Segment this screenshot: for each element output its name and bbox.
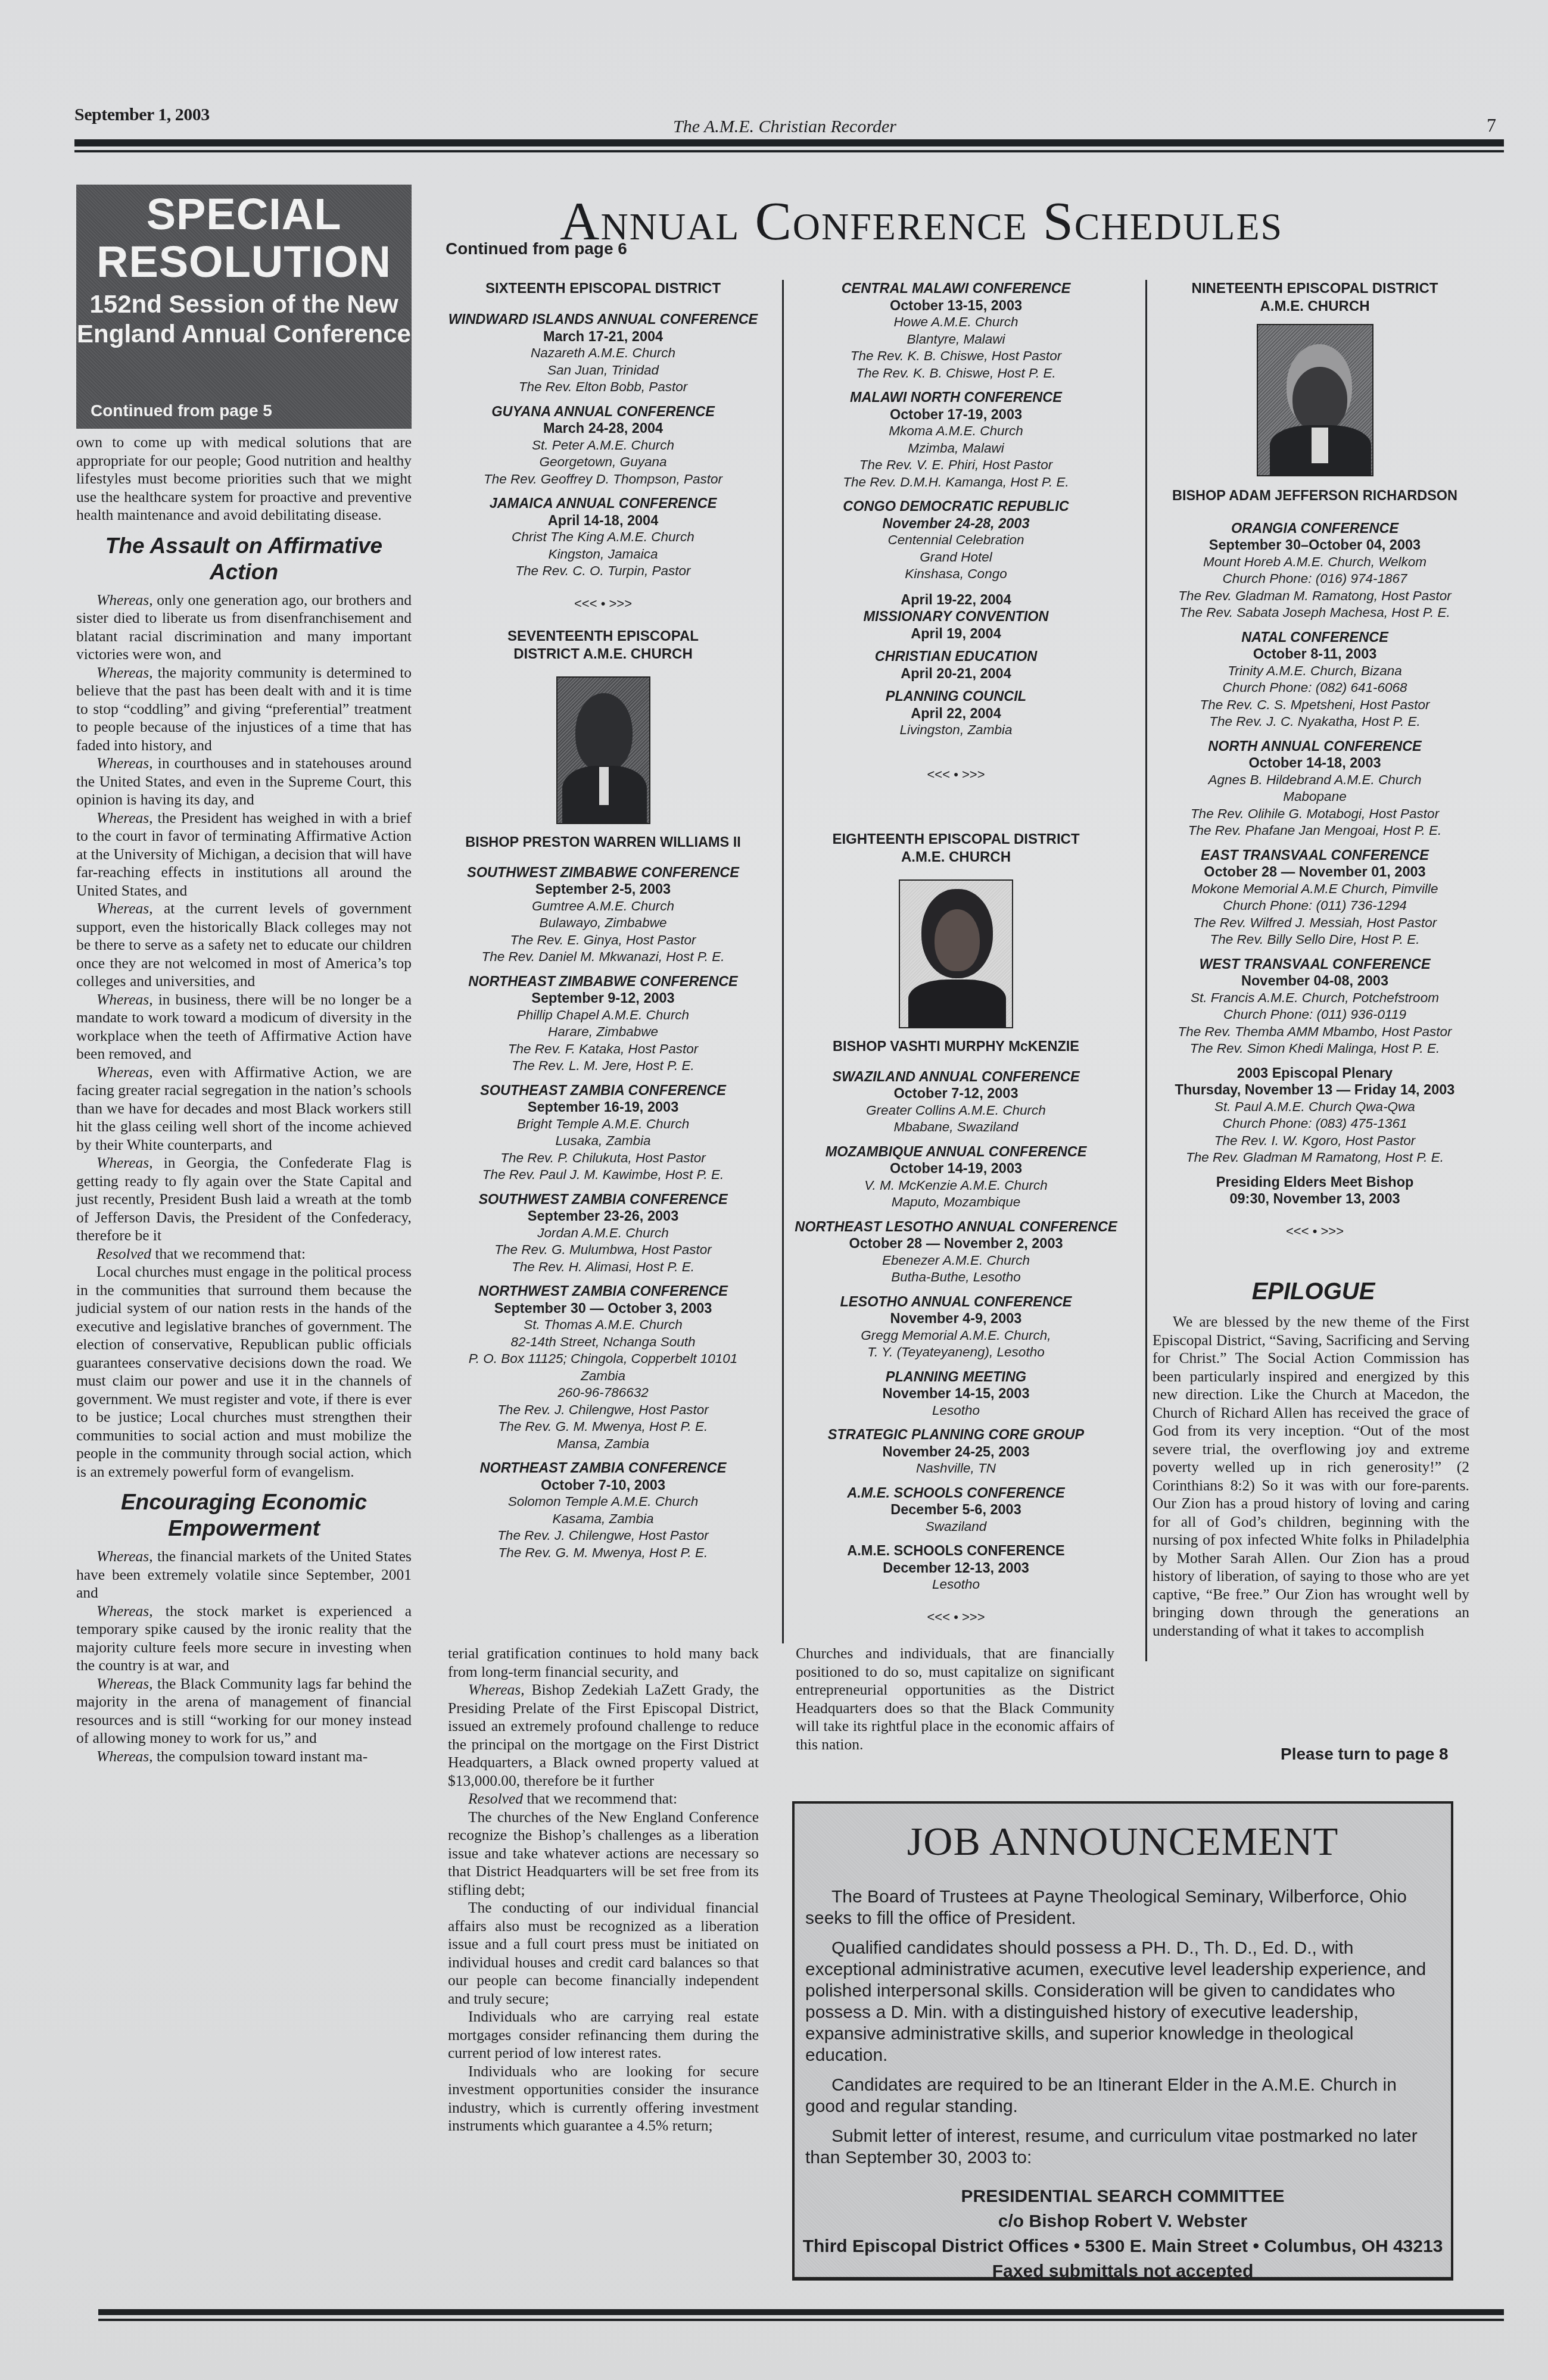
- article-paragraph: Whereas, only one generation ago, our br…: [76, 591, 412, 664]
- conference-detail: The Rev. Simon Khedi Malinga, Host P. E.: [1153, 1040, 1477, 1058]
- conference-detail: Church Phone: (082) 641-6068: [1153, 679, 1477, 697]
- conference-name: NORTHEAST ZAMBIA CONFERENCE: [441, 1459, 765, 1477]
- conference-detail: The Rev. C. O. Turpin, Pastor: [441, 563, 765, 580]
- conference-detail: Georgetown, Guyana: [441, 454, 765, 471]
- conference-date: March 17-21, 2004: [441, 328, 765, 345]
- conference-detail: Howe A.M.E. Church: [789, 314, 1123, 331]
- conference-name: NORTH ANNUAL CONFERENCE: [1153, 738, 1477, 755]
- conference-name: WINDWARD ISLANDS ANNUAL CONFERENCE: [441, 311, 765, 328]
- conference-entry: SOUTHEAST ZAMBIA CONFERENCESeptember 16-…: [441, 1082, 765, 1184]
- conference-detail: The Rev. H. Alimasi, Host P. E.: [441, 1259, 765, 1276]
- article-paragraph: Individuals who are carrying real estate…: [448, 2008, 759, 2063]
- conference-detail: Trinity A.M.E. Church, Bizana: [1153, 663, 1477, 680]
- conference-list: WINDWARD ISLANDS ANNUAL CONFERENCEMarch …: [441, 311, 765, 580]
- conference-name: LESOTHO ANNUAL CONFERENCE: [789, 1293, 1123, 1311]
- conference-date: 09:30, November 13, 2003: [1153, 1190, 1477, 1208]
- conference-entry: NORTH ANNUAL CONFERENCEOctober 14-18, 20…: [1153, 738, 1477, 840]
- conference-detail: Mkoma A.M.E. Church: [789, 423, 1123, 440]
- conference-detail: The Rev. Geoffrey D. Thompson, Pastor: [441, 471, 765, 488]
- conference-entry: NORTHEAST ZAMBIA CONFERENCEOctober 7-10,…: [441, 1459, 765, 1561]
- conference-detail: Bulawayo, Zimbabwe: [441, 915, 765, 932]
- job-contact-block: PRESIDENTIAL SEARCH COMMITTEE c/o Bishop…: [795, 2184, 1451, 2284]
- banner-line-1: SPECIAL: [76, 191, 412, 238]
- conference-date: September 16-19, 2003: [441, 1099, 765, 1116]
- conference-date: March 24-28, 2004: [441, 420, 765, 437]
- paragraph-lead-word: Resolved: [96, 1245, 151, 1262]
- conference-name: SOUTHEAST ZAMBIA CONFERENCE: [441, 1082, 765, 1099]
- conference-entry: SOUTHWEST ZIMBABWE CONFERENCESeptember 2…: [441, 864, 765, 966]
- conference-entry: ORANGIA CONFERENCESeptember 30–October 0…: [1153, 520, 1477, 622]
- conference-detail: Mokone Memorial A.M.E Church, Pimville: [1153, 881, 1477, 898]
- conference-detail: P. O. Box 11125; Chingola, Copperbelt 10…: [441, 1350, 765, 1368]
- district-heading: EIGHTEENTH EPISCOPAL DISTRICT A.M.E. CHU…: [789, 831, 1123, 866]
- epilogue-text: We are blessed by the new theme of the F…: [1153, 1313, 1469, 1640]
- banner-subtitle: 152nd Session of the New England Annual …: [76, 289, 412, 349]
- conference-detail: T. Y. (Teyateyaneng), Lesotho: [789, 1344, 1123, 1361]
- conference-entry: CENTRAL MALAWI CONFERENCEOctober 13-15, …: [789, 280, 1123, 382]
- conference-date: September 30 — October 3, 2003: [441, 1300, 765, 1317]
- paragraph-lead-word: Whereas,: [96, 900, 153, 917]
- article-paragraph: Whereas, the majority community is deter…: [76, 664, 412, 755]
- conference-detail: The Rev. Gladman M Ramatong, Host P. E.: [1153, 1149, 1477, 1166]
- paragraph-lead-word: Whereas,: [468, 1681, 525, 1698]
- conference-detail: Kinshasa, Congo: [789, 566, 1123, 583]
- conference-detail: Blantyre, Malawi: [789, 331, 1123, 348]
- district-heading: SEVENTEENTH EPISCOPAL DISTRICT A.M.E. CH…: [441, 628, 765, 663]
- job-announcement-title: JOB ANNOUNCEMENT: [795, 1818, 1451, 1865]
- conference-detail: Jordan A.M.E. Church: [441, 1225, 765, 1242]
- conference-detail: Church Phone: (011) 736-1294: [1153, 897, 1477, 915]
- conference-entry: NORTHEAST LESOTHO ANNUAL CONFERENCEOctob…: [789, 1218, 1123, 1286]
- conference-date: April 14-18, 2004: [441, 512, 765, 529]
- article-paragraph: Whereas, the financial markets of the Un…: [76, 1548, 412, 1602]
- conference-detail: Mount Horeb A.M.E. Church, Welkom: [1153, 554, 1477, 571]
- article-paragraph: The churches of the New England Conferen…: [448, 1808, 759, 1899]
- article-paragraph: Local churches must engage in the politi…: [76, 1263, 412, 1481]
- article-paragraph: Individuals who are looking for secure i…: [448, 2063, 759, 2135]
- newspaper-page: September 1, 2003 The A.M.E. Christian R…: [0, 0, 1548, 2380]
- bishop-name: BISHOP PRESTON WARREN WILLIAMS II: [441, 834, 765, 851]
- district-heading: SIXTEENTH EPISCOPAL DISTRICT: [441, 280, 765, 298]
- conference-date: November 14-15, 2003: [789, 1385, 1123, 1402]
- conference-date: October 7-12, 2003: [789, 1085, 1123, 1102]
- conference-date: October 14-18, 2003: [1153, 754, 1477, 772]
- conference-date: September 9-12, 2003: [441, 990, 765, 1007]
- conference-list: SWAZILAND ANNUAL CONFERENCEOctober 7-12,…: [789, 1068, 1123, 1593]
- bishop-portrait-photo: [556, 676, 650, 824]
- conference-date: November 24-25, 2003: [789, 1443, 1123, 1461]
- page-title: Annual Conference Schedules: [560, 189, 1283, 252]
- conference-list: ORANGIA CONFERENCESeptember 30–October 0…: [1153, 520, 1477, 1208]
- conference-name: EAST TRANSVAAL CONFERENCE: [1153, 847, 1477, 864]
- column-divider: [782, 280, 784, 1643]
- conference-entry: A.M.E. SCHOOLS CONFERENCEDecember 5-6, 2…: [789, 1484, 1123, 1536]
- conference-detail: Lesotho: [789, 1576, 1123, 1593]
- conference-date: October 8-11, 2003: [1153, 645, 1477, 663]
- conference-name: JAMAICA ANNUAL CONFERENCE: [441, 495, 765, 512]
- conference-detail: The Rev. G. M. Mwenya, Host P. E.: [441, 1545, 765, 1562]
- bishop-portrait-photo: [899, 879, 1013, 1028]
- conference-detail: The Rev. Elton Bobb, Pastor: [441, 379, 765, 396]
- conference-detail: The Rev. Sabata Joseph Machesa, Host P. …: [1153, 604, 1477, 622]
- conference-detail: Centennial Celebration: [789, 532, 1123, 549]
- conference-date: November 04-08, 2003: [1153, 972, 1477, 990]
- conference-detail: Bright Temple A.M.E. Church: [441, 1116, 765, 1133]
- conference-name: A.M.E. SCHOOLS CONFERENCE: [789, 1542, 1123, 1559]
- job-paragraph: Candidates are required to be an Itinera…: [805, 2075, 1440, 2117]
- article-paragraph: Whereas, the compulsion toward instant m…: [76, 1748, 412, 1766]
- conference-name: Presiding Elders Meet Bishop: [1153, 1174, 1477, 1191]
- conference-detail: Church Phone: (011) 936-0119: [1153, 1006, 1477, 1024]
- conference-name: ORANGIA CONFERENCE: [1153, 520, 1477, 537]
- article-paragraph: Whereas, in Georgia, the Confederate Fla…: [76, 1154, 412, 1245]
- care-of-line: c/o Bishop Robert V. Webster: [795, 2209, 1451, 2234]
- conference-detail: The Rev. Billy Sello Dire, Host P. E.: [1153, 931, 1477, 949]
- bishop-name: BISHOP ADAM JEFFERSON RICHARDSON: [1153, 487, 1477, 504]
- conference-detail: The Rev. P. Chilukuta, Host Pastor: [441, 1150, 765, 1167]
- conference-detail: St. Paul A.M.E. Church Qwa-Qwa: [1153, 1099, 1477, 1116]
- conference-entry: CONGO DEMOCRATIC REPUBLICNovember 24-28,…: [789, 498, 1123, 583]
- conference-name: SOUTHWEST ZAMBIA CONFERENCE: [441, 1191, 765, 1208]
- article-paragraph: terial gratification continues to hold m…: [448, 1645, 759, 1681]
- conference-entry: LESOTHO ANNUAL CONFERENCENovember 4-9, 2…: [789, 1293, 1123, 1361]
- conference-date: Thursday, November 13 — Friday 14, 2003: [1153, 1081, 1477, 1099]
- conference-detail: The Rev. J. C. Nyakatha, Host P. E.: [1153, 713, 1477, 731]
- conference-name: CENTRAL MALAWI CONFERENCE: [789, 280, 1123, 297]
- special-resolution-banner: SPECIAL RESOLUTION 152nd Session of the …: [76, 185, 412, 429]
- conference-name: GUYANA ANNUAL CONFERENCE: [441, 403, 765, 420]
- conference-date: October 28 — November 2, 2003: [789, 1235, 1123, 1252]
- section-separator: <<< • >>>: [789, 1609, 1123, 1626]
- article-paragraph: Whereas, the stock market is experienced…: [76, 1602, 412, 1675]
- conference-detail: San Juan, Trinidad: [441, 362, 765, 379]
- conference-date: December 12-13, 2003: [789, 1559, 1123, 1577]
- conference-detail: The Rev. Olihile G. Motabogi, Host Pasto…: [1153, 806, 1477, 823]
- conference-detail: Solomon Temple A.M.E. Church: [441, 1493, 765, 1511]
- conference-detail: 260-96-786632: [441, 1384, 765, 1402]
- conference-detail: Gumtree A.M.E. Church: [441, 898, 765, 915]
- conference-date: September 30–October 04, 2003: [1153, 536, 1477, 554]
- resolution-article-column: own to come up with medical solutions th…: [76, 433, 412, 1765]
- section-separator: <<< • >>>: [441, 595, 765, 613]
- conference-name: A.M.E. SCHOOLS CONFERENCE: [789, 1484, 1123, 1502]
- conference-entry: A.M.E. SCHOOLS CONFERENCEDecember 12-13,…: [789, 1542, 1123, 1593]
- banner-line-2: RESOLUTION: [76, 238, 412, 286]
- conference-date: September 2-5, 2003: [441, 881, 765, 898]
- conference-entry: WINDWARD ISLANDS ANNUAL CONFERENCEMarch …: [441, 311, 765, 396]
- conference-entry: NATAL CONFERENCEOctober 8-11, 2003Trinit…: [1153, 629, 1477, 731]
- bishop-name: BISHOP VASHTI MURPHY McKENZIE: [789, 1038, 1123, 1055]
- article-paragraph: Resolved that we recommend that:: [76, 1245, 412, 1264]
- conference-name: MALAWI NORTH CONFERENCE: [789, 389, 1123, 406]
- masthead-rule: [74, 139, 1504, 146]
- conference-list: SOUTHWEST ZIMBABWE CONFERENCESeptember 2…: [441, 864, 765, 1562]
- section-economic-empowerment: Whereas, the financial markets of the Un…: [76, 1548, 412, 1765]
- paragraph-lead-word: Whereas,: [96, 991, 153, 1008]
- conference-detail: Gregg Memorial A.M.E. Church,: [789, 1327, 1123, 1345]
- page-number: 7: [1487, 114, 1496, 136]
- paragraph-lead-word: Whereas,: [96, 809, 153, 826]
- paragraph-lead-word: Whereas,: [96, 1063, 153, 1081]
- article-paragraph: Whereas, even with Affirmative Action, w…: [76, 1063, 412, 1155]
- conference-detail: Lesotho: [789, 1402, 1123, 1420]
- conference-detail: Kasama, Zambia: [441, 1511, 765, 1528]
- conference-entry: PLANNING MEETINGNovember 14-15, 2003Leso…: [789, 1368, 1123, 1420]
- continued-from-label: Continued from page 6: [446, 239, 627, 258]
- footer-rule: [98, 2309, 1504, 2315]
- conference-detail: Butha-Buthe, Lesotho: [789, 1269, 1123, 1286]
- conference-detail: Grand Hotel: [789, 549, 1123, 566]
- conference-detail: Church Phone: (016) 974-1867: [1153, 570, 1477, 588]
- conference-name: PLANNING MEETING: [789, 1368, 1123, 1386]
- conference-detail: The Rev. V. E. Phiri, Host Pastor: [789, 457, 1123, 474]
- conference-name: CONGO DEMOCRATIC REPUBLIC: [789, 498, 1123, 515]
- conference-name: SWAZILAND ANNUAL CONFERENCE: [789, 1068, 1123, 1085]
- conference-entry: STRATEGIC PLANNING CORE GROUPNovember 24…: [789, 1426, 1123, 1477]
- conference-detail: St. Thomas A.M.E. Church: [441, 1317, 765, 1334]
- conference-detail: The Rev. F. Kataka, Host Pastor: [441, 1041, 765, 1058]
- publication-name: The A.M.E. Christian Recorder: [673, 117, 896, 137]
- conference-entry: SWAZILAND ANNUAL CONFERENCEOctober 7-12,…: [789, 1068, 1123, 1136]
- conference-detail: Christ The King A.M.E. Church: [441, 529, 765, 546]
- article-paragraph: Whereas, Bishop Zedekiah LaZett Grady, t…: [448, 1681, 759, 1790]
- conference-date: November 24-28, 2003: [789, 515, 1123, 532]
- continued-on-link[interactable]: Please turn to page 8: [1281, 1745, 1449, 1764]
- continued-from-label: Continued from page 5: [91, 401, 272, 420]
- article-paragraph: Whereas, in business, there will be no l…: [76, 991, 412, 1063]
- conference-detail: The Rev. J. Chilengwe, Host Pastor: [441, 1402, 765, 1419]
- conference-detail: Agnes B. Hildebrand A.M.E. Church: [1153, 772, 1477, 789]
- mailing-address: Third Episcopal District Offices • 5300 …: [795, 2234, 1451, 2259]
- section-heading-affirmative-action: The Assault on Affirmative Action: [76, 533, 412, 585]
- conference-date: December 5-6, 2003: [789, 1501, 1123, 1518]
- conference-name: SOUTHWEST ZIMBABWE CONFERENCE: [441, 864, 765, 881]
- article-paragraph: The conducting of our individual financi…: [448, 1899, 759, 2008]
- conference-detail: Church Phone: (083) 475-1361: [1153, 1115, 1477, 1133]
- conference-entry: NORTHWEST ZAMBIA CONFERENCESeptember 30 …: [441, 1283, 765, 1452]
- conference-name: NORTHEAST ZIMBABWE CONFERENCE: [441, 973, 765, 990]
- conference-detail: The Rev. K. B. Chiswe, Host Pastor: [789, 348, 1123, 365]
- conference-name: NORTHEAST LESOTHO ANNUAL CONFERENCE: [789, 1218, 1123, 1236]
- conference-date: November 4-9, 2003: [789, 1310, 1123, 1327]
- conference-detail: Mzimba, Malawi: [789, 440, 1123, 457]
- column-divider: [1145, 280, 1147, 1661]
- conference-name: NORTHWEST ZAMBIA CONFERENCE: [441, 1283, 765, 1300]
- conference-entry: Presiding Elders Meet Bishop09:30, Novem…: [1153, 1174, 1477, 1208]
- conference-name: 2003 Episcopal Plenary: [1153, 1065, 1477, 1082]
- district-heading: NINETEENTH EPISCOPAL DISTRICT A.M.E. CHU…: [1153, 280, 1477, 316]
- committee-name: PRESIDENTIAL SEARCH COMMITTEE: [795, 2184, 1451, 2209]
- conference-detail: The Rev. E. Ginya, Host Pastor: [441, 932, 765, 949]
- paragraph-lead-word: Whereas,: [96, 1748, 153, 1765]
- schedule-column-4: NINETEENTH EPISCOPAL DISTRICT A.M.E. CHU…: [1153, 280, 1477, 1255]
- article-paragraph: Whereas, the President has weighed in wi…: [76, 809, 412, 900]
- conference-detail: The Rev. K. B. Chiswe, Host P. E.: [789, 365, 1123, 382]
- paragraph-lead-word: Whereas,: [96, 591, 153, 609]
- bishop-portrait-photo: [1257, 324, 1373, 476]
- section-heading-economic-empowerment: Encouraging Economic Empowerment: [76, 1489, 412, 1542]
- conference-entry: NORTHEAST ZIMBABWE CONFERENCESeptember 9…: [441, 973, 765, 1075]
- conference-entry: WEST TRANSVAAL CONFERENCENovember 04-08,…: [1153, 956, 1477, 1058]
- conference-detail: Maputo, Mozambique: [789, 1194, 1123, 1211]
- conference-detail: V. M. McKenzie A.M.E. Church: [789, 1177, 1123, 1194]
- paragraph-lead-word: Whereas,: [96, 1602, 153, 1620]
- conference-name: WEST TRANSVAAL CONFERENCE: [1153, 956, 1477, 973]
- job-paragraph: Submit letter of interest, resume, and c…: [805, 2126, 1440, 2169]
- footer-rule-thin: [98, 2319, 1504, 2321]
- conference-detail: Ebenezer A.M.E. Church: [789, 1252, 1123, 1269]
- conference-detail: Zambia: [441, 1368, 765, 1385]
- conference-entry: 2003 Episcopal PlenaryThursday, November…: [1153, 1065, 1477, 1166]
- article-paragraph: Whereas, at the current levels of govern…: [76, 900, 412, 991]
- job-paragraph: Qualified candidates should possess a PH…: [805, 1938, 1440, 2066]
- resolution-article-continuation: terial gratification continues to hold m…: [448, 1645, 759, 2135]
- article-paragraph: Whereas, the Black Community lags far be…: [76, 1675, 412, 1748]
- conference-detail: The Rev. Paul J. M. Kawimbe, Host P. E.: [441, 1166, 765, 1184]
- conference-detail: The Rev. Gladman M. Ramatong, Host Pasto…: [1153, 588, 1477, 605]
- conference-detail: Phillip Chapel A.M.E. Church: [441, 1007, 765, 1024]
- conference-detail: Lusaka, Zambia: [441, 1133, 765, 1150]
- section-separator: <<< • >>>: [789, 766, 1123, 784]
- conference-entry: JAMAICA ANNUAL CONFERENCEApril 14-18, 20…: [441, 495, 765, 580]
- conference-detail: The Rev. G. Mulumbwa, Host Pastor: [441, 1242, 765, 1259]
- conference-detail: Swaziland: [789, 1518, 1123, 1536]
- paragraph-lead-word: Resolved: [468, 1790, 523, 1807]
- paragraph-lead-word: Whereas,: [96, 1548, 153, 1565]
- section-affirmative-action: Whereas, only one generation ago, our br…: [76, 591, 412, 1481]
- conference-date: September 23-26, 2003: [441, 1208, 765, 1225]
- conference-detail: The Rev. L. M. Jere, Host P. E.: [441, 1058, 765, 1075]
- conference-entry: EAST TRANSVAAL CONFERENCEOctober 28 — No…: [1153, 847, 1477, 949]
- conference-detail: Greater Collins A.M.E. Church: [789, 1102, 1123, 1119]
- conference-detail: Nashville, TN: [789, 1460, 1123, 1477]
- conference-detail: The Rev. Wilfred J. Messiah, Host Pastor: [1153, 915, 1477, 932]
- fax-note: Faxed submittals not accepted: [795, 2259, 1451, 2284]
- conference-detail: Mbabane, Swaziland: [789, 1119, 1123, 1136]
- schedule-column-2: SIXTEENTH EPISCOPAL DISTRICT WINDWARD IS…: [441, 280, 765, 1568]
- conference-detail: The Rev. Daniel M. Mkwanazi, Host P. E.: [441, 949, 765, 966]
- conference-detail: The Rev. I. W. Kgoro, Host Pastor: [1153, 1133, 1477, 1150]
- conference-name: NATAL CONFERENCE: [1153, 629, 1477, 646]
- conference-detail: The Rev. C. S. Mpetsheni, Host Pastor: [1153, 697, 1477, 714]
- masthead-rule-thin: [74, 150, 1504, 152]
- conference-detail: The Rev. Phafane Jan Mengoai, Host P. E.: [1153, 822, 1477, 840]
- conference-entry: MOZAMBIQUE ANNUAL CONFERENCEOctober 14-1…: [789, 1143, 1123, 1211]
- conference-detail: 82-14th Street, Nchanga South: [441, 1334, 765, 1351]
- job-announcement-box: JOB ANNOUNCEMENT The Board of Trustees a…: [792, 1801, 1453, 2281]
- conference-date: October 17-19, 2003: [789, 406, 1123, 423]
- conference-name: STRATEGIC PLANNING CORE GROUP: [789, 1426, 1123, 1443]
- conference-detail: The Rev. Themba AMM Mbambo, Host Pastor: [1153, 1024, 1477, 1041]
- conference-name: MOZAMBIQUE ANNUAL CONFERENCE: [789, 1143, 1123, 1161]
- article-paragraph: Resolved that we recommend that:: [448, 1790, 759, 1808]
- conference-entry: MALAWI NORTH CONFERENCEOctober 17-19, 20…: [789, 389, 1123, 491]
- resolution-article-continuation: Churches and individuals, that are finan…: [796, 1645, 1114, 1754]
- job-announcement-body: The Board of Trustees at Payne Theologic…: [795, 1886, 1451, 2169]
- conference-detail: St. Peter A.M.E. Church: [441, 437, 765, 454]
- conference-detail: Kingston, Jamaica: [441, 546, 765, 563]
- conference-detail: Mansa, Zambia: [441, 1436, 765, 1453]
- conference-date: October 28 — November 01, 2003: [1153, 863, 1477, 881]
- conference-detail: Nazareth A.M.E. Church: [441, 345, 765, 362]
- conference-detail: The Rev. J. Chilengwe, Host Pastor: [441, 1527, 765, 1545]
- conference-entry: SOUTHWEST ZAMBIA CONFERENCESeptember 23-…: [441, 1191, 765, 1276]
- paragraph-lead-word: Whereas,: [96, 1675, 153, 1692]
- article-paragraph: Whereas, in courthouses and in statehous…: [76, 754, 412, 809]
- article-paragraph: own to come up with medical solutions th…: [76, 433, 412, 525]
- conference-list: CENTRAL MALAWI CONFERENCEOctober 13-15, …: [789, 280, 1123, 583]
- conference-detail: Mabopane: [1153, 788, 1477, 806]
- job-paragraph: The Board of Trustees at Payne Theologic…: [805, 1886, 1440, 1929]
- paragraph-lead-word: Whereas,: [96, 754, 153, 772]
- conference-date: October 13-15, 2003: [789, 297, 1123, 314]
- section-separator: <<< • >>>: [1153, 1223, 1477, 1240]
- conference-date: October 7-10, 2003: [441, 1477, 765, 1494]
- conference-detail: Harare, Zimbabwe: [441, 1024, 765, 1041]
- epilogue-heading: EPILOGUE: [1153, 1278, 1474, 1305]
- paragraph-lead-word: Whereas,: [96, 1154, 153, 1171]
- april-events: April 19-22, 2004 MISSIONARY CONVENTION …: [789, 591, 1123, 739]
- conference-entry: GUYANA ANNUAL CONFERENCEMarch 24-28, 200…: [441, 403, 765, 488]
- conference-date: October 14-19, 2003: [789, 1160, 1123, 1177]
- paragraph-lead-word: Whereas,: [96, 664, 153, 681]
- conference-detail: The Rev. G. M. Mwenya, Host P. E.: [441, 1418, 765, 1436]
- issue-date: September 1, 2003: [74, 105, 210, 125]
- schedule-column-3: CENTRAL MALAWI CONFERENCEOctober 13-15, …: [789, 280, 1123, 1641]
- conference-detail: St. Francis A.M.E. Church, Potchefstroom: [1153, 990, 1477, 1007]
- conference-detail: The Rev. D.M.H. Kamanga, Host P. E.: [789, 474, 1123, 491]
